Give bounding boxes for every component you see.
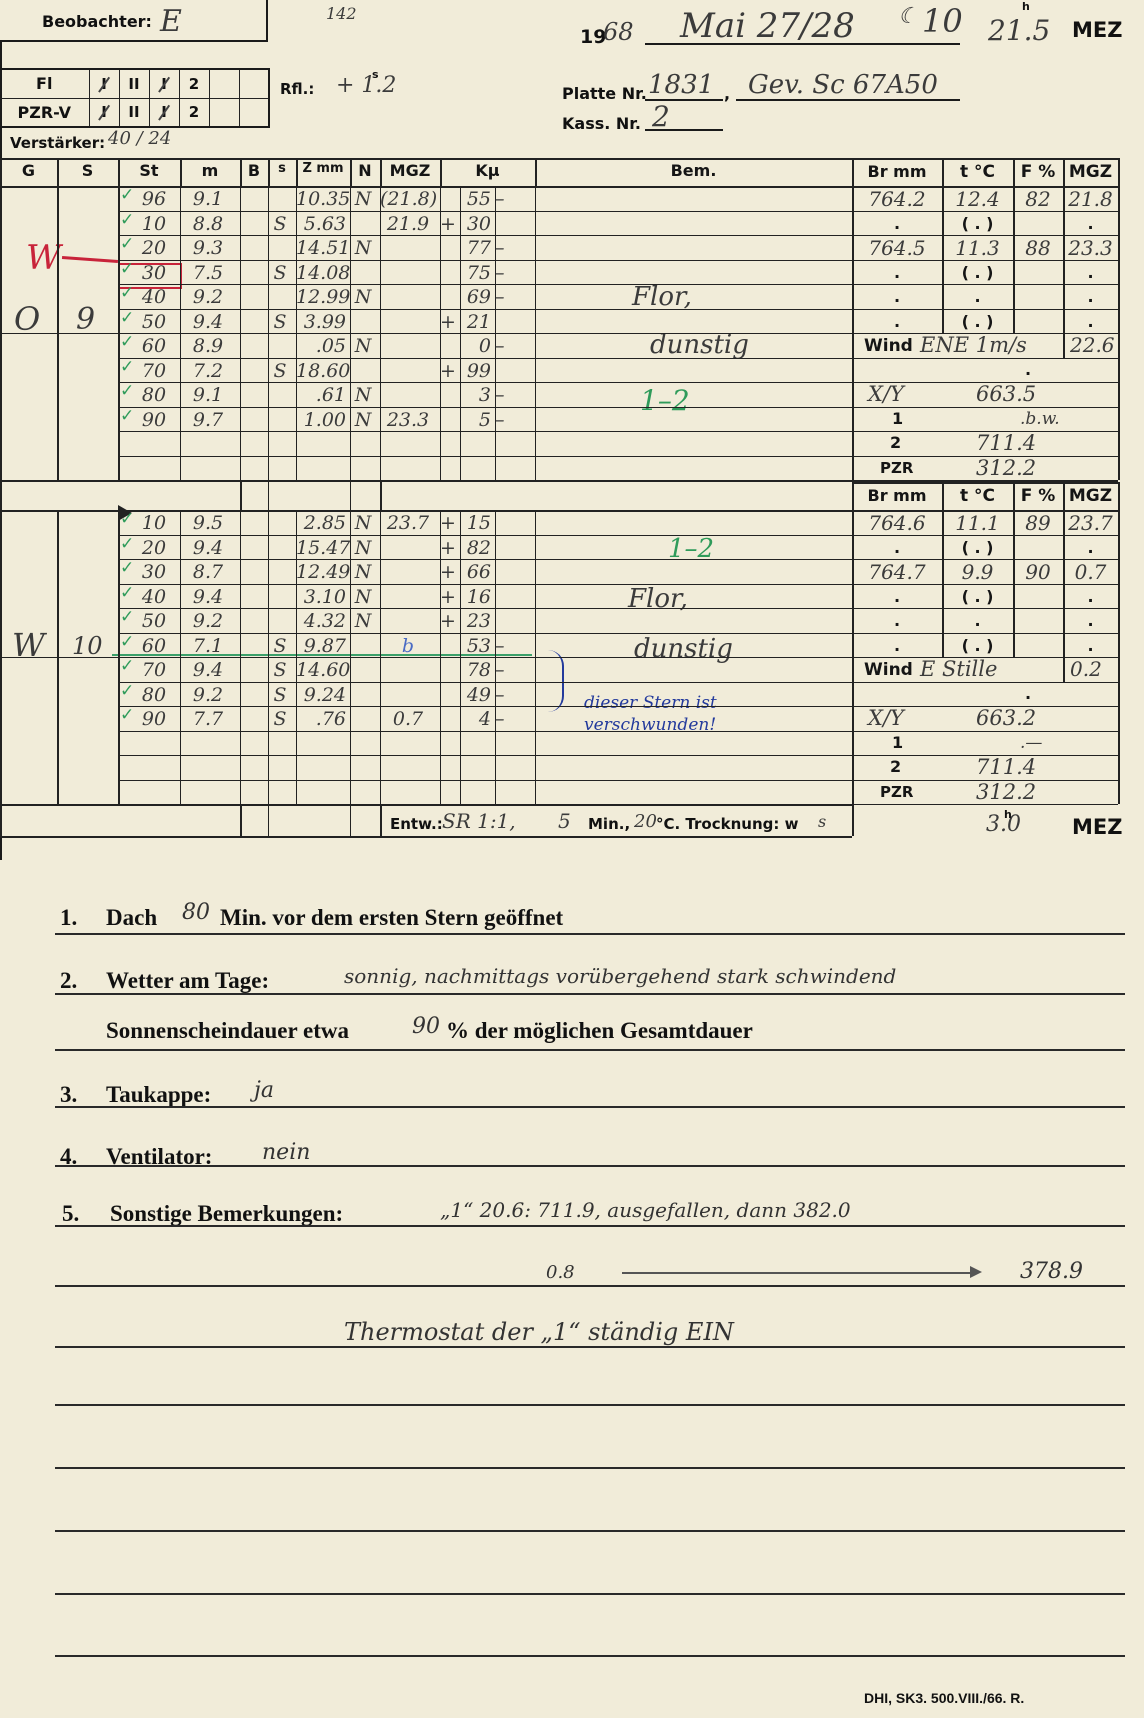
moon-icon: ☾ [898,4,918,29]
s2-cell-z[interactable]: .76 [296,707,346,732]
s2-cell-n[interactable]: N [350,536,376,561]
s1-cell-k[interactable]: 75 [460,261,491,286]
s2-cell-z[interactable]: 2.85 [296,511,346,536]
filter-table: Fl I II I 2 PZR-V I II I 2 [0,68,270,128]
s1-cell-z[interactable]: 14.08 [296,261,346,286]
s2-cell-m[interactable]: 9.4 [180,585,236,610]
s2-cell-st[interactable]: 60 [132,634,176,659]
page-mark: 142 [326,4,357,23]
s2-cell-z[interactable]: 14.60 [296,658,346,683]
section2-s[interactable]: 10 [72,632,103,660]
grid-line [1063,657,1065,682]
s1-cell-k[interactable]: 99 [460,359,491,384]
observer-label: Beobachter: [42,12,152,31]
s1-cell-k[interactable]: 55 [460,187,491,212]
weather1-pzr-value[interactable]: 312.2 [976,456,1036,481]
s1-cell-ksign[interactable]: + [440,212,456,237]
s1-cell-k[interactable]: 77 [460,236,491,261]
s1-cell-m[interactable]: 8.9 [180,334,236,359]
s2-cell-st[interactable]: 80 [132,683,176,708]
weather2-cell-f[interactable]: 90 [1013,560,1063,585]
develop-label: Entw.: [390,815,443,833]
s1-cell-m[interactable]: 9.1 [180,383,236,408]
s2-cell-s[interactable]: S [268,634,292,659]
s1-cell-m[interactable]: 9.2 [180,285,236,310]
s1-cell-kdash[interactable]: – [495,285,531,310]
s1-cell-kdash[interactable]: – [495,334,531,359]
s1-cell-m[interactable]: 7.2 [180,359,236,384]
weather2-r2-label: 2 [890,755,901,780]
plate-value[interactable]: 1831 [648,70,714,100]
s2-cell-k[interactable]: 82 [460,536,491,561]
s1-cell-n[interactable]: N [350,383,376,408]
weather1-cell-br[interactable]: 764.5 [852,236,942,261]
weather2-header: MGZ [1063,486,1118,506]
s2-cell-k[interactable]: 4 [460,707,491,732]
s2-cell-z[interactable]: 4.32 [296,609,346,634]
grid-line [1063,333,1065,358]
grid-line [57,158,59,186]
s2-cell-m[interactable]: 9.5 [180,511,236,536]
filter-cell[interactable]: I [149,69,179,98]
grid-line [852,480,1118,481]
grid-line [350,158,352,186]
s1-cell-k[interactable]: 21 [460,310,491,335]
s1-cell-st[interactable]: 50 [132,310,176,335]
grid-line [0,657,118,658]
s2-cell-st[interactable]: 20 [132,536,176,561]
weather2-pzr-label: PZR [880,780,913,805]
q2b-value[interactable]: 90 [412,1014,440,1039]
s1-cell-kdash[interactable]: – [495,187,531,212]
time-value[interactable]: 21.5 [988,14,1050,47]
time-unit-sup: h [1022,0,1030,13]
grid-line [268,480,269,510]
weather1-cell-t[interactable]: . [942,285,1013,310]
s2-cell-ksign[interactable]: + [440,536,456,561]
weather1-cell-mgz[interactable]: . [1063,310,1118,335]
weather2-cell-mgz[interactable]: . [1063,585,1118,610]
s2-cell-m[interactable]: 9.2 [180,609,236,634]
filter-label: PZR-V [0,98,89,127]
q5-line2-time[interactable]: 0.8 [546,1262,575,1283]
filter-cell[interactable] [209,98,239,127]
s1-cell-k[interactable]: 69 [460,285,491,310]
amplifier-label: Verstärker: [10,134,105,152]
weather2-cell-br[interactable]: . [852,585,942,610]
s2-cell-kdash[interactable]: – [495,658,531,683]
grid-line [0,804,852,806]
weather2-wind-label: Wind [864,658,913,683]
grid-line [0,158,2,836]
column-header: Kμ [440,161,535,180]
table-row[interactable] [118,431,852,456]
table-row[interactable] [118,780,852,805]
grid-line [0,836,852,838]
s1-cell-z[interactable]: .61 [296,383,346,408]
filter-cell[interactable]: II [119,98,149,127]
weather2-cell-t[interactable]: ( . ) [942,585,1013,610]
year-suffix[interactable]: 68 [603,18,634,46]
grid-line [240,804,242,836]
grid-line [380,804,382,836]
q2-number: 2. [60,968,77,994]
s1-cell-n[interactable]: N [350,285,376,310]
q5-line2-value[interactable]: 378.9 [1020,1259,1083,1284]
s1-cell-st[interactable]: 80 [132,383,176,408]
s2-cell-m[interactable]: 9.4 [180,658,236,683]
weather1-cell-mgz[interactable]: 21.8 [1063,187,1118,212]
grid-line [1118,158,1120,480]
s1-cell-kdash[interactable]: – [495,261,531,286]
s1-cell-kdash[interactable]: – [495,408,531,433]
s2-cell-k[interactable]: 16 [460,585,491,610]
s1-cell-m[interactable]: 9.7 [180,408,236,433]
s2-cell-n[interactable]: N [350,609,376,634]
s1-cell-st[interactable]: 40 [132,285,176,310]
end-zone: MEZ [1072,815,1122,839]
weather1-wind-value[interactable]: ENE 1m/s [920,333,1027,358]
weather2-cell-mgz[interactable]: . [1063,536,1118,561]
s1-cell-m[interactable]: 9.4 [180,310,236,335]
grid-line [380,480,382,510]
section1-s[interactable]: 9 [76,302,95,337]
weather1-r2-value[interactable]: 711.4 [976,431,1036,456]
filter-cell[interactable] [209,69,239,98]
weather2-cell-t[interactable]: ( . ) [942,536,1013,561]
filter-cell[interactable]: I [89,98,119,127]
s2-cell-k[interactable]: 23 [460,609,491,634]
s2-cell-n[interactable]: N [350,511,376,536]
filter-cell[interactable] [239,69,269,98]
weather2-cell-mgz[interactable]: 23.7 [1063,511,1118,536]
filter-cell[interactable]: I [89,69,119,98]
weather2-blank-dot: . [1025,682,1031,707]
arrow-head-icon [970,1266,982,1278]
grid-line [350,480,351,510]
weather1-r1-label: 1 [892,407,903,432]
s2-cell-kdash[interactable]: – [495,707,531,732]
weather2-cell-t[interactable]: . [942,609,1013,634]
column-header: G [0,161,57,180]
grid-line [240,158,242,186]
filter-cell-text: I [161,75,167,93]
plate-extra[interactable]: Gev. Sc 67A50 [748,70,938,100]
form-code: DHI, SK3. 500.VIII./66. R. [864,1690,1024,1706]
weather2-cell-br[interactable]: . [852,536,942,561]
develop-value[interactable]: SR 1:1, [442,809,516,833]
rfl-sup: s [372,68,379,81]
q2-value[interactable]: sonnig, nachmittags vorübergehend stark … [344,964,896,988]
s2-cell-m[interactable]: 9.2 [180,683,236,708]
weather1-header: F % [1013,162,1063,182]
s1-cell-m[interactable]: 9.1 [180,187,236,212]
s1-cell-st[interactable]: 90 [132,408,176,433]
filter-cell[interactable] [239,98,269,127]
s1-cell-s[interactable]: S [268,212,292,237]
s2-cell-m[interactable]: 7.7 [180,707,236,732]
s1-cell-st[interactable]: 20 [132,236,176,261]
grid-line [240,480,242,510]
s1-cell-k[interactable]: 3 [460,383,491,408]
s2-cell-kdash[interactable]: – [495,683,531,708]
weather2-cell-mgz[interactable]: . [1063,634,1118,659]
s2-cell-k[interactable]: 15 [460,511,491,536]
s1-cell-st[interactable]: 96 [132,187,176,212]
s1-cell-st[interactable]: 60 [132,334,176,359]
observer-value[interactable]: E [160,4,182,39]
s2-cell-z[interactable]: 3.10 [296,585,346,610]
q4-value[interactable]: nein [262,1140,310,1165]
table-row[interactable] [118,456,852,481]
weather2-header: Br mm [852,486,942,505]
s1-cell-n[interactable]: N [350,187,376,212]
weather2-cell-t[interactable]: 11.1 [942,511,1013,536]
weather1-xy-value[interactable]: 663.5 [976,382,1036,407]
temp-value[interactable]: 20 [634,811,657,832]
s1-cell-n[interactable]: N [350,408,376,433]
weather2-pzr-value[interactable]: 312.2 [976,780,1036,805]
blank-line [55,1593,1125,1595]
weather2-wind-value[interactable]: E Stille [920,657,997,682]
s2-cell-ksign[interactable]: + [440,560,456,585]
s1-cell-kdash[interactable]: – [495,236,531,261]
s1-cell-s[interactable]: S [268,261,292,286]
filter-cell[interactable]: 2 [179,98,209,127]
s2-cell-n[interactable]: N [350,560,376,585]
rfl-value[interactable]: + 1.2 [336,73,396,98]
column-header: B [240,161,268,180]
s1-cell-k[interactable]: 5 [460,408,491,433]
weather2-cell-br[interactable]: . [852,634,942,659]
arrow-icon [622,1272,978,1274]
s1-cell-z[interactable]: 18.60 [296,359,346,384]
weather2-xy-label: X/Y [868,706,904,731]
q2b-post: % der möglichen Gesamtdauer [446,1018,753,1044]
grid-line [350,804,351,836]
minutes-label: Min., [588,815,630,833]
s1-cell-z[interactable]: 1.00 [296,408,346,433]
s2-cell-st[interactable]: 70 [132,658,176,683]
s1-cell-m[interactable]: 9.3 [180,236,236,261]
weather1-cell-t[interactable]: 11.3 [942,236,1013,261]
q5c-line [55,1346,1125,1348]
grid-line [852,158,1118,160]
weather2-cell-mgz[interactable]: . [1063,609,1118,634]
s2-cell-n[interactable]: N [350,585,376,610]
s2-cell-s[interactable]: S [268,707,292,732]
column-header: Z mm [296,161,350,176]
weather1-cell-t[interactable]: ( . ) [942,212,1013,237]
weather2-r2-value[interactable]: 711.4 [976,755,1036,780]
q4-line [55,1165,1125,1167]
weather2-header: t °C [942,486,1013,506]
q3-value[interactable]: ja [254,1078,274,1103]
s1-cell-mgz[interactable]: 23.3 [380,408,436,433]
weather1-cell-mgz[interactable]: . [1063,261,1118,286]
grid-line [0,333,118,334]
q1-number: 1. [60,905,77,931]
amplifier-value[interactable]: 40 / 24 [108,128,171,149]
weather1-blank-dot: . [1025,358,1031,383]
q5-line3[interactable]: Thermostat der „1“ ständig EIN [344,1318,734,1346]
plate-label: Platte Nr. [562,84,647,103]
s1-cell-m[interactable]: 7.5 [180,261,236,286]
weather1-cell-mgz[interactable]: . [1063,212,1118,237]
s2-cell-ksign[interactable]: + [440,609,456,634]
q5-label: Sonstige Bemerkungen: [110,1201,343,1227]
q2b-line [55,1049,1125,1051]
s1-cell-s[interactable]: S [268,359,292,384]
filter-cell-text: I [101,75,107,93]
s1-cell-z[interactable]: 10.35 [296,187,346,212]
s1-cell-s[interactable]: S [268,310,292,335]
grid-line [440,158,442,186]
s2-cell-s[interactable]: S [268,683,292,708]
s2-cell-st[interactable]: 30 [132,560,176,585]
s1-cell-n[interactable]: N [350,236,376,261]
q1-value[interactable]: 80 [182,900,210,925]
weather2-xy-value[interactable]: 663.2 [976,706,1036,731]
filter-cell[interactable]: I [149,98,179,127]
s2-cell-z[interactable]: 15.47 [296,536,346,561]
weather1-wind-mgz[interactable]: 22.6 [1070,333,1115,358]
s2-cell-mgz[interactable]: 0.7 [380,707,436,732]
s2-cell-m[interactable]: 8.7 [180,560,236,585]
weather1-cell-br[interactable]: . [852,285,942,310]
s1-cell-st[interactable]: 10 [132,212,176,237]
q5-line [55,1225,1125,1227]
weather1-cell-t[interactable]: 12.4 [942,187,1013,212]
s1-cell-ksign[interactable]: + [440,310,456,335]
s1-cell-z[interactable]: 3.99 [296,310,346,335]
q2-line [55,993,1125,995]
weather1-xy-label: X/Y [868,382,904,407]
weather2-cell-br[interactable]: 764.6 [852,511,942,536]
s1-cell-m[interactable]: 8.8 [180,212,236,237]
s1-cell-mgz[interactable]: (21.8) [380,187,436,212]
blank-line [55,1404,1125,1406]
weather1-cell-f[interactable]: 88 [1013,236,1063,261]
column-header: MGZ [380,161,440,180]
s1-cell-z[interactable]: .05 [296,334,346,359]
weather1-cell-t[interactable]: ( . ) [942,261,1013,286]
weather2-r1-label: 1 [892,731,903,756]
weather1-r1-value[interactable]: .b.w. [1020,407,1060,432]
weather1-cell-br[interactable]: . [852,261,942,286]
s2-cell-mgz[interactable]: b [380,634,436,659]
s1-cell-ksign[interactable]: + [440,359,456,384]
weather1-header: MGZ [1063,162,1118,182]
filter-cell-text: I [101,103,107,121]
s1-cell-st[interactable]: 30 [132,261,176,286]
s2-cell-st[interactable]: 90 [132,707,176,732]
plate-comma: , [724,84,730,103]
table-row[interactable] [118,755,852,780]
s2-cell-mgz[interactable]: 23.7 [380,511,436,536]
s1-cell-n[interactable]: N [350,334,376,359]
s2-cell-kdash[interactable]: – [495,634,531,659]
grid-line [118,158,120,186]
date-value[interactable]: Mai 27/28 [680,6,855,46]
weather1-cell-mgz[interactable]: 23.3 [1063,236,1118,261]
weather1-cell-f[interactable]: 82 [1013,187,1063,212]
weather2-cell-t[interactable]: ( . ) [942,634,1013,659]
s1-cell-z[interactable]: 5.63 [296,212,346,237]
end-time-sup: h [1004,808,1012,821]
s1-cell-kdash[interactable]: – [495,383,531,408]
s2-cell-ksign[interactable]: + [440,511,456,536]
s2-cell-z[interactable]: 9.24 [296,683,346,708]
s1-cell-z[interactable]: 12.99 [296,285,346,310]
s2-cell-k[interactable]: 49 [460,683,491,708]
section2-g[interactable]: W [12,626,45,664]
table-row[interactable] [118,731,852,756]
column-header: N [350,161,380,180]
s2-cell-m[interactable]: 9.4 [180,536,236,561]
weather1-r2-label: 2 [890,431,901,456]
filter-cell[interactable]: II [119,69,149,98]
s2-cell-st[interactable]: 50 [132,609,176,634]
weather2-cell-mgz[interactable]: 0.7 [1063,560,1118,585]
s2-cell-z[interactable]: 12.49 [296,560,346,585]
s1-cell-k[interactable]: 30 [460,212,491,237]
weather2-header: F % [1013,486,1063,506]
cassette-label: Kass. Nr. [562,114,641,133]
q5b-line [55,1285,1125,1287]
s1-cell-k[interactable]: 0 [460,334,491,359]
minutes-value[interactable]: 5 [558,809,571,833]
s2-cell-k[interactable]: 66 [460,560,491,585]
weather1-cell-mgz[interactable]: . [1063,285,1118,310]
column-header: Bem. [535,161,852,180]
weather1-cell-br[interactable]: . [852,212,942,237]
s2-cell-s[interactable]: S [268,658,292,683]
cassette-value[interactable]: 2 [652,100,670,133]
s2-cell-ksign[interactable]: + [440,585,456,610]
s1-cell-mgz[interactable]: 21.9 [380,212,436,237]
weather2-r1-value[interactable]: .— [1020,731,1042,756]
west-pointer-line [62,256,118,262]
dry-value[interactable]: s [818,812,826,831]
q5-line1[interactable]: „1“ 20.6: 711.9, ausgefallen, dann 382.0 [440,1198,851,1222]
q2b-pre: Sonnenscheindauer etwa [106,1018,349,1044]
column-header: s [268,161,296,176]
s2-cell-k[interactable]: 78 [460,658,491,683]
weather1-cell-t[interactable]: ( . ) [942,310,1013,335]
s1-cell-st[interactable]: 70 [132,359,176,384]
weather2-cell-f[interactable]: 89 [1013,511,1063,536]
s2-cell-st[interactable]: 10 [132,511,176,536]
weather1-cell-br[interactable]: . [852,310,942,335]
blank-line [55,1655,1125,1657]
weather1-cell-br[interactable]: 764.2 [852,187,942,212]
weather2-cell-br[interactable]: . [852,609,942,634]
q3-line [55,1106,1125,1108]
grid-line [380,158,382,186]
weather2-cell-br[interactable]: 764.7 [852,560,942,585]
filter-row-fl: Fl I II I 2 [0,69,269,98]
moon-value[interactable]: 10 [922,2,963,40]
s2-cell-k[interactable]: 53 [460,634,491,659]
s2-cell-z[interactable]: 9.87 [296,634,346,659]
weather2-cell-t[interactable]: 9.9 [942,560,1013,585]
s1-cell-z[interactable]: 14.51 [296,236,346,261]
weather2-wind-mgz[interactable]: 0.2 [1070,657,1102,682]
s2-cell-m[interactable]: 7.1 [180,634,236,659]
filter-cell[interactable]: 2 [179,69,209,98]
s2-cell-st[interactable]: 40 [132,585,176,610]
